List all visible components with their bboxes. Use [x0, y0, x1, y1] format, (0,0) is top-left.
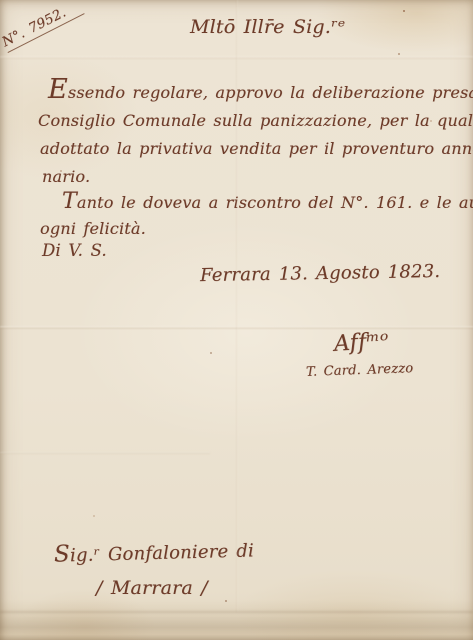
fold-crease-middle	[0, 326, 473, 329]
body-line-2: Consiglio Comunale sulla panizzazione, p…	[38, 111, 473, 130]
body-line-6: ogni felicità.	[40, 219, 146, 238]
body-line-4: nario.	[42, 167, 90, 186]
valediction-signature: Affᵐᵒ	[333, 328, 389, 357]
letter-page: N°. 7952. Mltō Illr̄e Sig.ʳᵉ Essendo reg…	[0, 0, 473, 640]
body-line-5: Tanto le doveva a riscontro del N°. 161.…	[62, 193, 473, 212]
body-line-7: Di V. S.	[42, 241, 107, 260]
bottom-fold-crease	[0, 611, 473, 613]
fold-crease-top	[0, 56, 473, 59]
body-line-3: adottato la privativa vendita per il pro…	[40, 139, 473, 158]
body-line-1: Essendo regolare, approvo la deliberazio…	[48, 82, 473, 102]
paper-foxing-specks	[403, 10, 405, 12]
recipient-place: / Marrara /	[96, 577, 208, 599]
signatory-name: T. Card. Arezzo	[306, 361, 414, 380]
bottom-edge-shadow	[0, 600, 473, 640]
registration-number: N°. 7952.	[0, 0, 84, 53]
recipient-title: Sig.ʳ Gonfaloniere di	[54, 540, 254, 566]
dateline: Ferrara 13. Agosto 1823.	[200, 261, 441, 286]
fold-crease-lower	[0, 452, 210, 454]
salutation: Mltō Illr̄e Sig.ʳᵉ	[190, 16, 345, 38]
